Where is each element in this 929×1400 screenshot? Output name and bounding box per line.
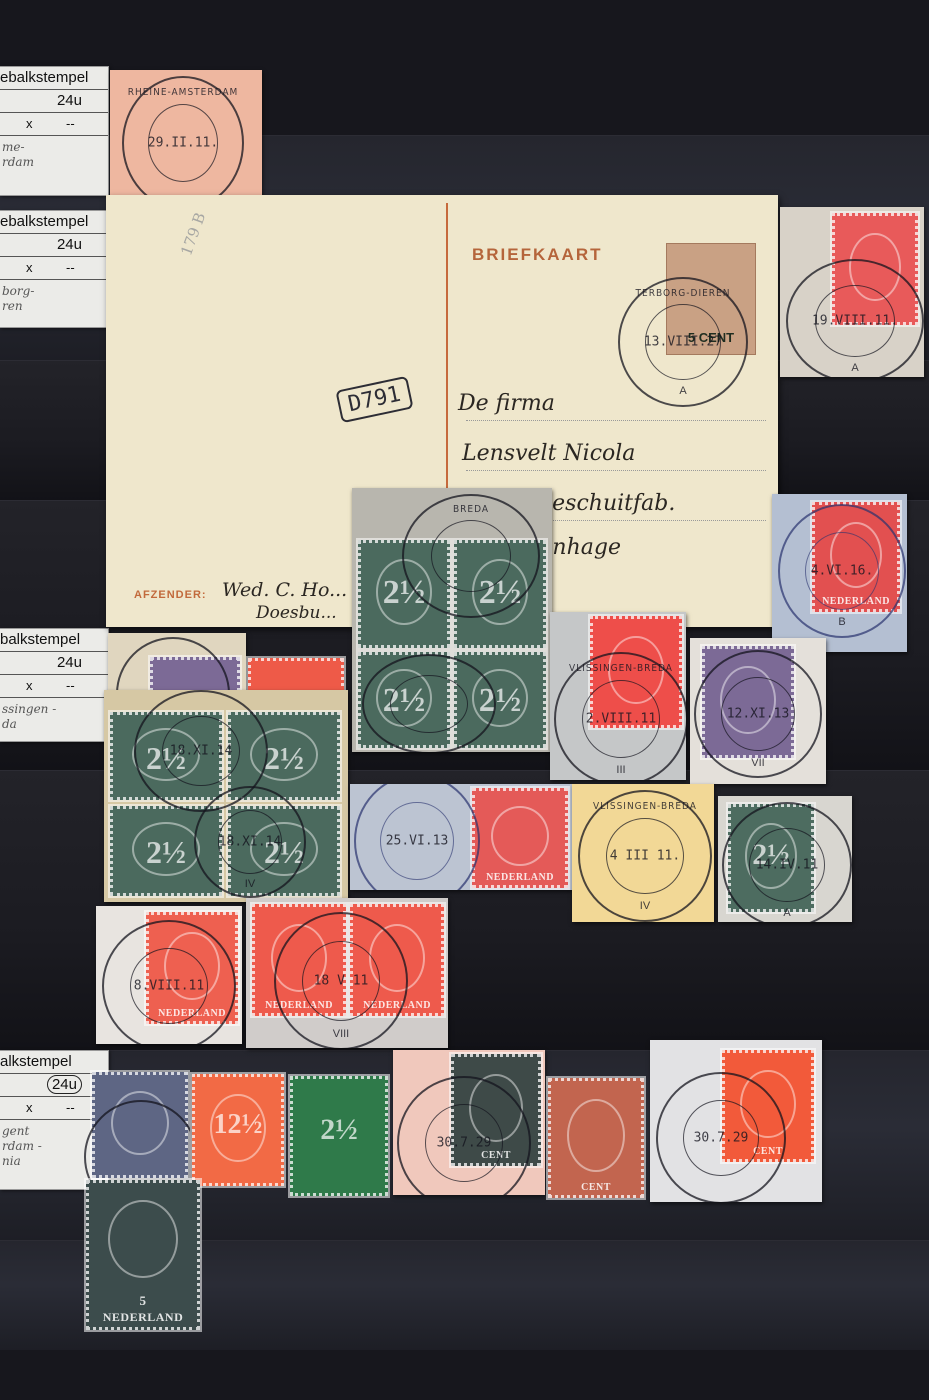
cover-piece-zevenaar: NEDERLAND 4.VI.16. B <box>772 494 907 652</box>
box-mark: D791 <box>335 376 413 423</box>
label-mark-dash: -- <box>66 1097 75 1119</box>
sender-line-2: Doesbu... <box>256 603 337 623</box>
stamp-2half-cent-green: 2½ <box>110 806 222 896</box>
stamp-5ct-red: NEDERLAND <box>252 904 346 1016</box>
block-of-four-vlissingen: 2½ 2½ 2½ 2½ 18.XI.14 18.XI.14IV <box>104 690 348 902</box>
label-mark-x: x <box>26 675 33 697</box>
label-number: 24u <box>57 92 82 109</box>
catalogue-label-1: ebalkstempel 24u x-- me- rdam <box>0 66 109 196</box>
label-mark-x: x <box>26 113 33 135</box>
stamp-12half-cent-orange: 12½ <box>192 1074 284 1186</box>
stamp-2half-cent-green: 2½ <box>728 804 814 912</box>
cover-piece-rheine-amsterdam: RHEINE-AMSTERDAM 29.II.11. <box>110 70 262 196</box>
cover-piece-amsterdam-batavia-1: CENT 30.7.29 <box>393 1050 545 1195</box>
stamp-2half-cent-green: 2½ <box>358 540 450 648</box>
sender-line-1: Wed. C. Ho... <box>222 579 347 601</box>
address-line-1: De firma <box>458 391 555 416</box>
label-number: 24u <box>57 654 82 671</box>
catalogue-label-3: balkstempel 24u x-- ssingen - da <box>0 628 109 742</box>
cover-piece-terborg: 19.VIII.11. A <box>780 207 924 377</box>
label-mark-dash: -- <box>66 675 75 697</box>
address-line-2: Lensvelt Nicola <box>462 441 635 466</box>
stamp-2half-cent-green: 2½ <box>228 712 340 800</box>
label-handwriting: ssingen - da <box>0 698 108 744</box>
label-title: ebalkstempel <box>0 211 108 234</box>
card-title: BRIEFKAART <box>472 245 603 265</box>
cover-piece-purple-vlissingen: 12.XI.13VII <box>690 638 826 784</box>
label-mark-x: x <box>26 1097 33 1119</box>
indicia-stamp: 5 CENT <box>666 243 756 355</box>
stamp-1ct-purple <box>702 646 794 758</box>
postmark-vlissingen-breda-4iii: VLISSINGEN-BREDA4 III 11.IV <box>578 790 712 922</box>
stamp-5ct-portrait: 5 NEDERLAND <box>86 1180 200 1330</box>
stamp-purple <box>150 657 240 693</box>
stamp-5ct-red: NEDERLAND <box>350 904 444 1016</box>
cover-piece-vlissingen-4iii: VLISSINGEN-BREDA4 III 11.IV <box>572 784 714 922</box>
label-title: ebalkstempel <box>0 67 108 90</box>
cover-piece-vlissingen-25: NEDERLAND 25.VI.13 <box>350 784 572 890</box>
stamp-12half-blue <box>92 1072 188 1178</box>
label-number: 24u <box>57 236 82 253</box>
stamp-2half-cent-green-dove: 2½ <box>290 1076 388 1196</box>
postmark-vlissingen-breda-25: 25.VI.13 <box>354 784 480 890</box>
stamp-2ct-red <box>590 616 682 728</box>
cover-piece-purple <box>108 633 246 693</box>
block-of-four-2half-cent: 2½ 2½ 2½ 2½ BREDA <box>352 488 552 752</box>
stamp-2half-cent-green: 2½ <box>228 806 340 896</box>
album-page-bottom <box>0 1350 929 1400</box>
postmark-rheine-amsterdam: RHEINE-AMSTERDAM 29.II.11. <box>122 76 244 196</box>
label-handwriting: borg- ren <box>0 280 108 326</box>
stamp-2half-cent-green: 2½ <box>358 652 450 748</box>
stamp-6-cent: CENT <box>548 1078 644 1198</box>
label-title: balkstempel <box>0 629 108 652</box>
label-number: 24u <box>47 1075 82 1094</box>
stamp-red-partial <box>248 658 344 694</box>
catalogue-label-2: ebalkstempel 24u x-- borg- ren <box>0 210 109 328</box>
address-line-3: Beschuitfab. <box>536 491 675 516</box>
stamp-2half-cent-green: 2½ <box>110 712 222 800</box>
stamp-2half-cent-green: 2½ <box>454 540 546 648</box>
label-mark-dash: -- <box>66 257 75 279</box>
label-mark-x: x <box>26 257 33 279</box>
stamp-5ct-red <box>832 213 918 325</box>
stamp-5-cent-dark: CENT <box>451 1054 541 1166</box>
stamp-2half-cent-green: 2½ <box>454 652 546 748</box>
stamp-5ct-red: NEDERLAND <box>472 788 568 888</box>
indicia-overprint: 5 CENT <box>667 330 755 345</box>
stamp-5ct-red: NEDERLAND <box>812 502 900 612</box>
cover-piece-amsterdam-batavia-2: CENT 30.7.29 <box>650 1040 822 1202</box>
sender-label: AFZENDER: <box>134 589 207 601</box>
pencil-note: 179 B <box>177 210 209 258</box>
cover-piece-vlissingen-iii: VLISSINGEN-BREDA2.VIII.11III <box>550 612 686 780</box>
label-title: alkstempel <box>0 1051 108 1074</box>
label-mark-dash: -- <box>66 113 75 135</box>
cover-piece-vlissingen-green: 2½ 14.IV.11A <box>718 796 852 922</box>
cover-piece-vlissingen-viii: NEDERLAND 8.VIII.11 <box>96 906 242 1044</box>
stamp-7half-cent: CENT <box>722 1050 814 1162</box>
cover-piece-vlissingen-pair: NEDERLAND NEDERLAND 18 V 11VIII <box>246 898 448 1048</box>
stamp-5ct-red: NEDERLAND <box>146 912 238 1024</box>
label-handwriting: me- rdam <box>0 136 108 182</box>
